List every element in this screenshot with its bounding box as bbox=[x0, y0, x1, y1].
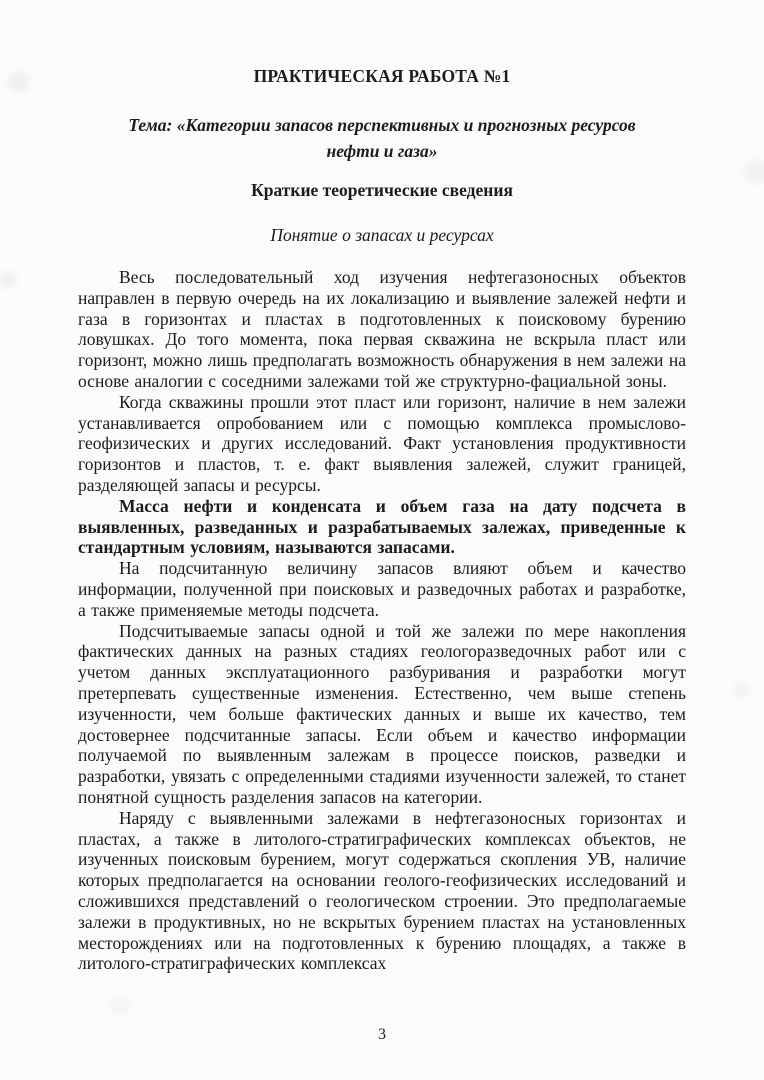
document-page: ПРАКТИЧЕСКАЯ РАБОТА №1 Тема: «Категории … bbox=[0, 0, 764, 1080]
subsection-heading: Понятие о запасах и ресурсах bbox=[78, 225, 686, 246]
paragraph-resources: Наряду с выявленными залежами в нефтегаз… bbox=[78, 808, 686, 974]
topic-heading-line-1: Тема: «Категории запасов перспективных и… bbox=[78, 112, 686, 138]
paragraph-intro: Весь последовательный ход изучения нефте… bbox=[78, 267, 686, 392]
page-number: 3 bbox=[0, 1026, 764, 1044]
topic-heading-line-2: нефти и газа» bbox=[78, 138, 686, 164]
page-title: ПРАКТИЧЕСКАЯ РАБОТА №1 bbox=[78, 66, 686, 87]
paragraph-definition-zapasy: Масса нефти и конденсата и объем газа на… bbox=[78, 496, 686, 558]
paragraph-categories: Подсчитываемые запасы одной и той же зал… bbox=[78, 621, 686, 808]
paragraph-well-discovery: Когда скважины прошли этот пласт или гор… bbox=[78, 392, 686, 496]
topic-heading: Тема: «Категории запасов перспективных и… bbox=[78, 112, 686, 164]
document-body: Весь последовательный ход изучения нефте… bbox=[78, 267, 686, 974]
paragraph-factors: На подсчитанную величину запасов влияют … bbox=[78, 558, 686, 620]
section-heading: Краткие теоретические сведения bbox=[78, 180, 686, 201]
